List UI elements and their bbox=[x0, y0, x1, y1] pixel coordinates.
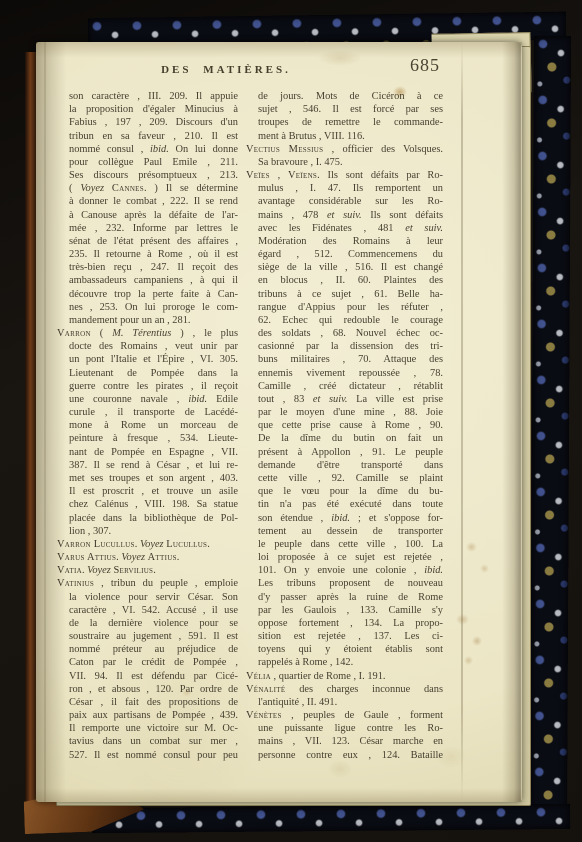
index-headword-line: Varus Attius. Voyez Attius. bbox=[57, 551, 238, 564]
index-text-line: en blocus , II. 60. Plaintes des bbox=[246, 274, 443, 287]
index-text-line: guerre contre les pirates , il reçoit bbox=[57, 380, 238, 393]
index-text-line: présent à Appollon , 91. Le peuple bbox=[246, 446, 443, 459]
index-text-line: sénat de l'état présent des affaires , bbox=[57, 235, 238, 248]
marbled-edge-right bbox=[530, 36, 571, 818]
index-text-line: toyens qui y étoient établis sont bbox=[246, 643, 443, 656]
index-text-line: siège de la ville , 516. Il est changé bbox=[246, 261, 443, 274]
index-text-line: rangue d'Appius pour les réfuter , bbox=[246, 301, 443, 314]
index-text-line: Camille , créé dictateur , rétablit bbox=[246, 380, 443, 393]
index-text-line: sujet , 546. Il est forcé par ses bbox=[246, 103, 443, 116]
index-text-line: nes , 253. On lui proroge le com- bbox=[57, 301, 238, 314]
italic-text: et suiv. bbox=[405, 223, 443, 234]
index-text-line: avec les Fidénates , 481 et suiv. bbox=[246, 222, 443, 235]
index-text-line: Sa bravoure , I. 475. bbox=[246, 156, 443, 169]
headword-small-caps: Vatia bbox=[57, 565, 82, 576]
index-text-line: de jours. Mots de Cicéron à ce bbox=[246, 90, 443, 103]
index-text-line: caractère , VI. 542. Accusé , il use bbox=[57, 604, 238, 617]
index-text-line: Caton par le crédit de Pompée , bbox=[57, 656, 238, 669]
index-text-line: loi proposée à ce sujet est rejetée , bbox=[246, 551, 443, 564]
index-text-line: tribun en sa faveur , 210. Il est bbox=[57, 130, 238, 143]
headword-small-caps: Vectius Messius bbox=[246, 144, 323, 155]
index-text-line: Les tribuns proposent de nouveau bbox=[246, 577, 443, 590]
index-text-line: égard , 512. Commencemens du bbox=[246, 248, 443, 261]
index-text-line: ment à Brutus , VIII. 116. bbox=[246, 130, 443, 143]
index-text-line: nommé consul , ibid. On lui donne bbox=[57, 143, 238, 156]
index-text-line: tavius dans un combat sur mer , bbox=[57, 735, 238, 748]
index-text-line: curule , il transporte de Lacédé- bbox=[57, 406, 238, 419]
index-text-line: de la dernière violence pour se bbox=[57, 617, 238, 630]
index-headword-line: Vatia. Voyez Servilius. bbox=[57, 564, 238, 577]
index-text-line: un pont l'Italie et l'Épire , VI. 305. bbox=[57, 353, 238, 366]
index-text-line: tin n'a pas été exécuté dans toute bbox=[246, 498, 443, 511]
index-text-line: casionné par la dissension des tri- bbox=[246, 340, 443, 353]
index-text-line: la violence pour servir César. Son bbox=[57, 591, 238, 604]
italic-text: ibid. bbox=[188, 394, 207, 405]
index-text-line: l'antiquité , II. 491. bbox=[246, 696, 443, 709]
running-title: DES MATIÈRES. bbox=[116, 64, 336, 76]
index-text-line: 101. On y envoie une colonie , ibid. bbox=[246, 564, 443, 577]
italic-text: ibid. bbox=[331, 513, 350, 524]
index-text-line: par le moyen d'une mine , 88. Joie bbox=[246, 406, 443, 419]
index-text-line: son étendue , ibid. ; et s'oppose for- bbox=[246, 512, 443, 525]
index-text-line: VII. 94. Il est défendu par Cicé- bbox=[57, 670, 238, 683]
index-text-line: ennemis vivement repoussée , 78. bbox=[246, 367, 443, 380]
italic-text: M. Térentius bbox=[112, 328, 171, 339]
headword-small-caps: Varron Lucullus bbox=[57, 539, 135, 550]
index-text-line: ambassadeurs campaniens , à qui il bbox=[57, 274, 238, 287]
index-text-line: 235. Il retourne à Rome , où il est bbox=[57, 248, 238, 261]
index-text-line: sition est rejetée , 137. Les ci- bbox=[246, 630, 443, 643]
index-text-line: mandement pour un an , 281. bbox=[57, 314, 238, 327]
italic-text: et suiv. bbox=[327, 210, 362, 221]
index-text-line: pour collègue Paul Emile , 211. bbox=[57, 156, 238, 169]
headword-small-caps: Lucullus bbox=[166, 539, 207, 550]
index-text-line: troupes de remettre le commande- bbox=[246, 116, 443, 129]
index-headword-line: Veïes , Veïens. Ils sont défaits par Ro- bbox=[246, 169, 443, 182]
index-text-line: Il est proscrit , et trouve un asile bbox=[57, 485, 238, 498]
index-text-line: lion , 307. bbox=[57, 525, 238, 538]
index-headword-line: Vénalité des charges inconnue dans bbox=[246, 683, 443, 696]
index-text-line: 62. Echec qui redouble le courage bbox=[246, 314, 443, 327]
index-text-line: chez Calénus , VIII. 198. Sa statue bbox=[57, 498, 238, 511]
headword-small-caps: Veïes bbox=[246, 170, 270, 181]
book-photo: DES MATIÈRES. 685 son caractère , III. 2… bbox=[0, 0, 582, 842]
headword-small-caps: Attius bbox=[148, 552, 177, 563]
index-text-line: docte des Romains , veut unir par bbox=[57, 340, 238, 353]
index-text-line: rappelés à Rome , 142. bbox=[246, 656, 443, 669]
index-text-line: que le vœu pour la dîme du bu- bbox=[246, 485, 443, 498]
index-text-line: Lieutenant de Pompée dans la bbox=[57, 367, 238, 380]
index-text-line: tout , 83 et suiv. La ville est prise bbox=[246, 393, 443, 406]
index-headword-line: Varron ( M. Térentius ) , le plus bbox=[57, 327, 238, 340]
index-text-line: à Canouse après la défaite de l'ar- bbox=[57, 209, 238, 222]
index-text-line: Il remporte une victoire sur M. Oc- bbox=[57, 722, 238, 735]
index-headword-line: Vénètes , peuples de Gaule , forment bbox=[246, 709, 443, 722]
headword-small-caps: Varus Attius bbox=[57, 552, 116, 563]
italic-text: Voyez bbox=[80, 183, 104, 194]
index-text-line: d'y passer après la ruine de Rome bbox=[246, 591, 443, 604]
headword-small-caps: Vatinius bbox=[57, 578, 94, 589]
index-text-line: personne contre eux , 124. Bataille bbox=[246, 749, 443, 762]
index-text-line: la proposition d'égaler Minucius à bbox=[57, 103, 238, 116]
index-text-line: très-bien reçu , 247. Il reçoit des bbox=[57, 261, 238, 274]
index-text-line: ron , et absous , 120. Par ordre de bbox=[57, 683, 238, 696]
right-column: de jours. Mots de Cicéron à cesujet , 54… bbox=[246, 90, 443, 762]
index-text-line: avantage considérable sur les Ro- bbox=[246, 195, 443, 208]
index-headword-line: Vectius Messius , officier des Volsques. bbox=[246, 143, 443, 156]
index-text-line: paix aux partisans de Pompée , 439. bbox=[57, 709, 238, 722]
index-text-line: nant de Pompée en Espagne , VII. bbox=[57, 446, 238, 459]
headword-small-caps: Veïens bbox=[288, 170, 317, 181]
page-number: 685 bbox=[366, 55, 440, 76]
index-text-line: des soldats , 68. Nouvel échec oc- bbox=[246, 327, 443, 340]
index-text-line: mée , 232. Informe par lettres le bbox=[57, 222, 238, 235]
index-text-line: mains , VII. 123. César marche en bbox=[246, 735, 443, 748]
index-text-line: De la dîme du butin on fait un bbox=[246, 432, 443, 445]
index-text-line: mains , 478 et suiv. Ils sont défaits bbox=[246, 209, 443, 222]
index-text-line: par les Gaulois , 133. Camille s'y bbox=[246, 604, 443, 617]
index-text-line: 527. Il est nommé consul pour peu bbox=[57, 749, 238, 762]
headword-small-caps: Cannes bbox=[112, 183, 144, 194]
book-page: DES MATIÈRES. 685 son caractère , III. 2… bbox=[36, 42, 522, 802]
headword-small-caps: Vélia bbox=[246, 671, 271, 682]
index-text-line: Fabius , 197 , 209. Discours d'un bbox=[57, 116, 238, 129]
index-headword-line: Vatinius , tribun du peuple , emploie bbox=[57, 577, 238, 590]
headword-small-caps: Vénalité bbox=[246, 684, 285, 695]
index-text-line: oppose fortement , 134. La propo- bbox=[246, 617, 443, 630]
index-text-line: une couronne navale , ibid. Edile bbox=[57, 393, 238, 406]
index-text-line: met ses troupes et son argent , 403. bbox=[57, 472, 238, 485]
index-text-line: peinture à fresque , 534. Lieute- bbox=[57, 432, 238, 445]
italic-text: Voyez bbox=[121, 552, 145, 563]
index-text-line: Ses discours présomptueux , 213. bbox=[57, 169, 238, 182]
italic-text: ibid. bbox=[150, 144, 169, 155]
index-text-line: placée dans la bibliothèque de Pol- bbox=[57, 512, 238, 525]
index-headword-line: Vélia , quartier de Rome , I. 191. bbox=[246, 670, 443, 683]
index-headword-line: Varron Lucullus. Voyez Lucullus. bbox=[57, 538, 238, 551]
index-text-line: que cette prise cause à Rome , 90. bbox=[246, 419, 443, 432]
index-text-line: une puissante ligue contre les Ro- bbox=[246, 722, 443, 735]
italic-text: Voyez bbox=[87, 565, 111, 576]
italic-text: Voyez bbox=[140, 539, 164, 550]
index-text-line: soustraire au jugement , 591. Il est bbox=[57, 630, 238, 643]
marbled-edge-bottom bbox=[92, 804, 570, 833]
index-text-line: mone à Rome un morceau de bbox=[57, 419, 238, 432]
index-text-line: cette ville , 92. Camille se plaint bbox=[246, 472, 443, 485]
italic-text: et suiv. bbox=[313, 394, 348, 405]
headword-small-caps: Vénètes bbox=[246, 710, 282, 721]
index-text-line: César , il fait des propositions de bbox=[57, 696, 238, 709]
index-text-line: nommé préteur au préjudice de bbox=[57, 643, 238, 656]
index-text-line: à donner le combat , 222. Il se rend bbox=[57, 195, 238, 208]
italic-text: ibid. bbox=[424, 565, 443, 576]
index-text-line: ( Voyez Cannes. ) Il se détermine bbox=[57, 182, 238, 195]
index-text-line: tement au dessein de transporter bbox=[246, 525, 443, 538]
index-text-line: le peuple dans cette ville , 100. La bbox=[246, 538, 443, 551]
headword-small-caps: Varron bbox=[57, 328, 91, 339]
index-text-line: buns militaires , 70. Attaque des bbox=[246, 353, 443, 366]
index-text-line: Modération des Romains à leur bbox=[246, 235, 443, 248]
headword-small-caps: Servilius bbox=[113, 565, 153, 576]
index-text-line: demande d'être transporté dans bbox=[246, 459, 443, 472]
index-text-line: découvre trop la perte faite à Can- bbox=[57, 288, 238, 301]
index-text-line: mulus , I. 47. Ils remportent un bbox=[246, 182, 443, 195]
index-text-line: tribuns à ce sujet , 61. Belle ha- bbox=[246, 288, 443, 301]
index-text-line: son caractère , III. 209. Il appuie bbox=[57, 90, 238, 103]
index-text-line: 387. Il se rend à César , et lui re- bbox=[57, 459, 238, 472]
left-column: son caractère , III. 209. Il appuiela pr… bbox=[57, 90, 238, 762]
